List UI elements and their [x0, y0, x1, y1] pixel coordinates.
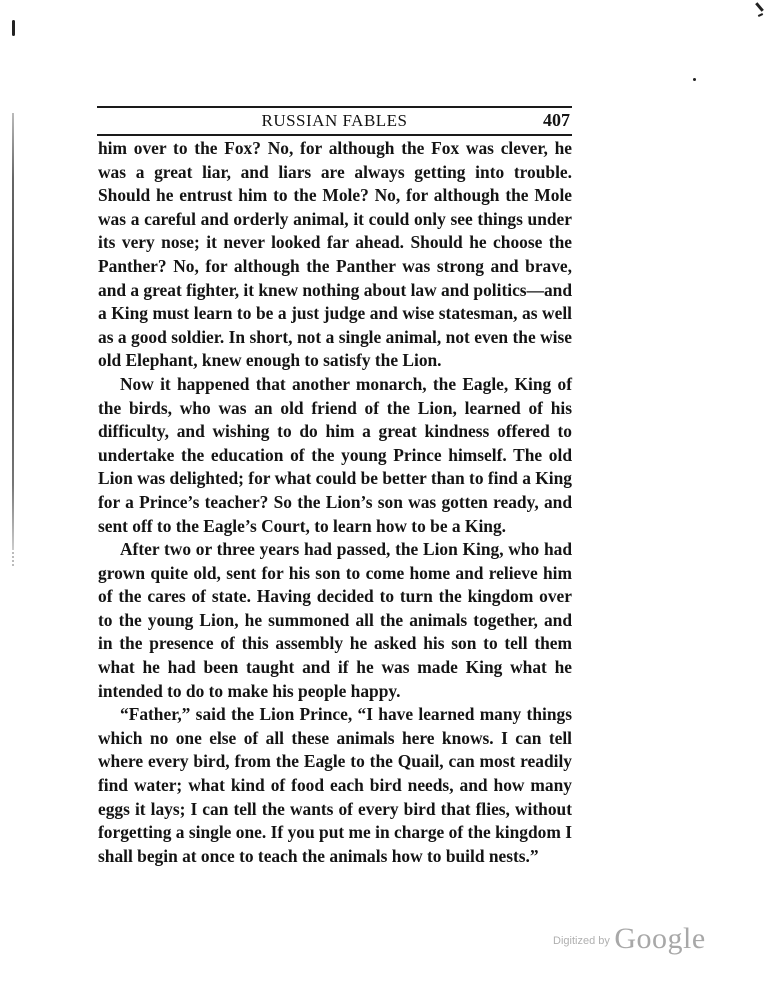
paragraph: “Father,” said the Lion Prince, “I have … — [98, 703, 572, 868]
page-edge-shadow-dots — [12, 552, 16, 566]
body-text: him over to the Fox? No, for although th… — [98, 137, 572, 868]
google-logo-text: Google — [614, 922, 705, 955]
header-bottom-rule — [97, 134, 572, 136]
digitized-by-google-watermark: Digitized by Google — [553, 922, 706, 956]
scan-artifact-mark — [12, 20, 15, 36]
paragraph: Now it happened that another monarch, th… — [98, 373, 572, 538]
page-number: 407 — [543, 110, 570, 131]
paragraph: After two or three years had passed, the… — [98, 538, 572, 703]
running-header: RUSSIAN FABLES 407 — [97, 109, 572, 133]
paragraph: him over to the Fox? No, for although th… — [98, 137, 572, 373]
scanned-book-page: RUSSIAN FABLES 407 him over to the Fox? … — [0, 0, 777, 1000]
page-edge-shadow — [12, 113, 14, 550]
running-title: RUSSIAN FABLES — [97, 111, 572, 131]
watermark-prefix: Digitized by — [553, 935, 610, 947]
scan-artifact-speck — [693, 78, 696, 81]
scan-artifact-mark — [758, 13, 763, 17]
scan-artifact-mark — [755, 2, 764, 12]
header-top-rule — [97, 106, 572, 108]
